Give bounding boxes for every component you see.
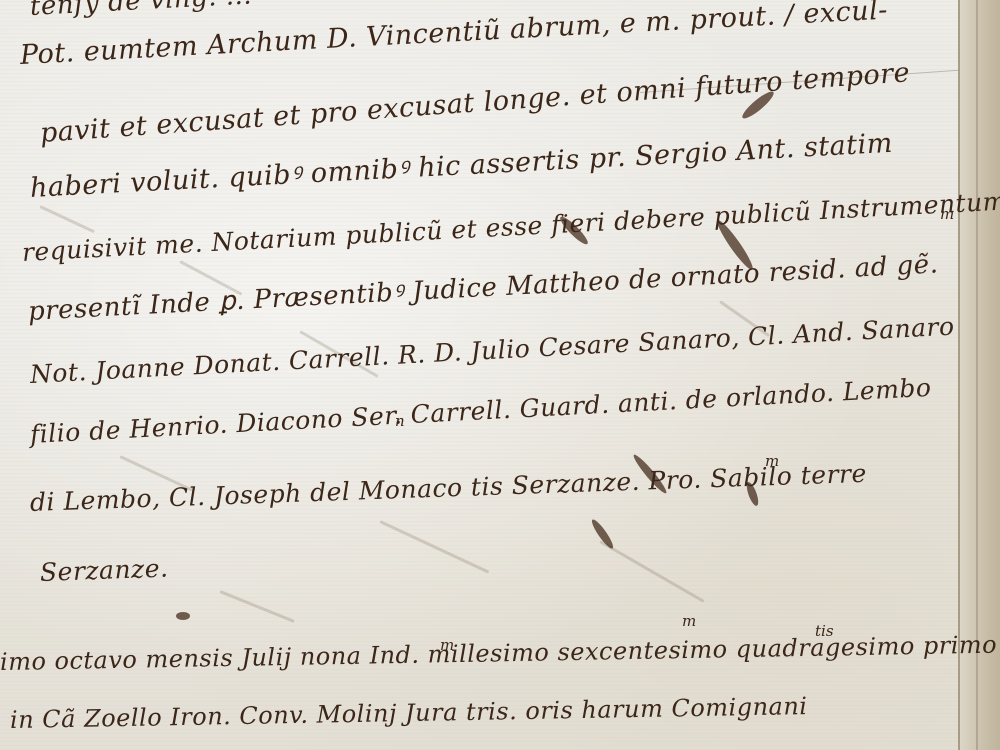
superscript-abbreviation: tis (815, 622, 834, 640)
superscript-abbreviation: m (940, 205, 954, 223)
manuscript-line-7: Not. Joanne Donat. Carrell. R. D. Julio … (29, 312, 955, 389)
bleed-through-stroke (599, 540, 704, 603)
superscript-abbreviation: m (440, 636, 454, 654)
manuscript-line-1: tenſy de ving. ... (29, 0, 252, 22)
manuscript-line-8: filio de Henrio. Diacono Ser. Carrell. G… (29, 373, 932, 449)
manuscript-line-11: imo octavo mensis Julij nona Ind. milles… (0, 631, 997, 676)
bleed-through-stroke (39, 205, 95, 233)
manuscript-line-9: di Lembo, Cl. Joseph del Monaco tis Serz… (29, 459, 867, 517)
ink-blot (176, 612, 190, 620)
manuscript-page: tenſy de ving. ... Pot. eumtem Archum D.… (0, 0, 1000, 750)
superscript-abbreviation: m (765, 452, 779, 470)
bleed-through-stroke (219, 590, 294, 623)
ink-blot (589, 517, 616, 550)
manuscript-line-10: Serzanze. (39, 554, 168, 587)
superscript-abbreviation: n (395, 412, 405, 430)
superscript-abbreviation: m (682, 612, 696, 630)
bleed-through-stroke (379, 520, 489, 573)
manuscript-line-12: in Cã Zoello Iron. Conv. Molinj Jura tri… (10, 692, 808, 734)
